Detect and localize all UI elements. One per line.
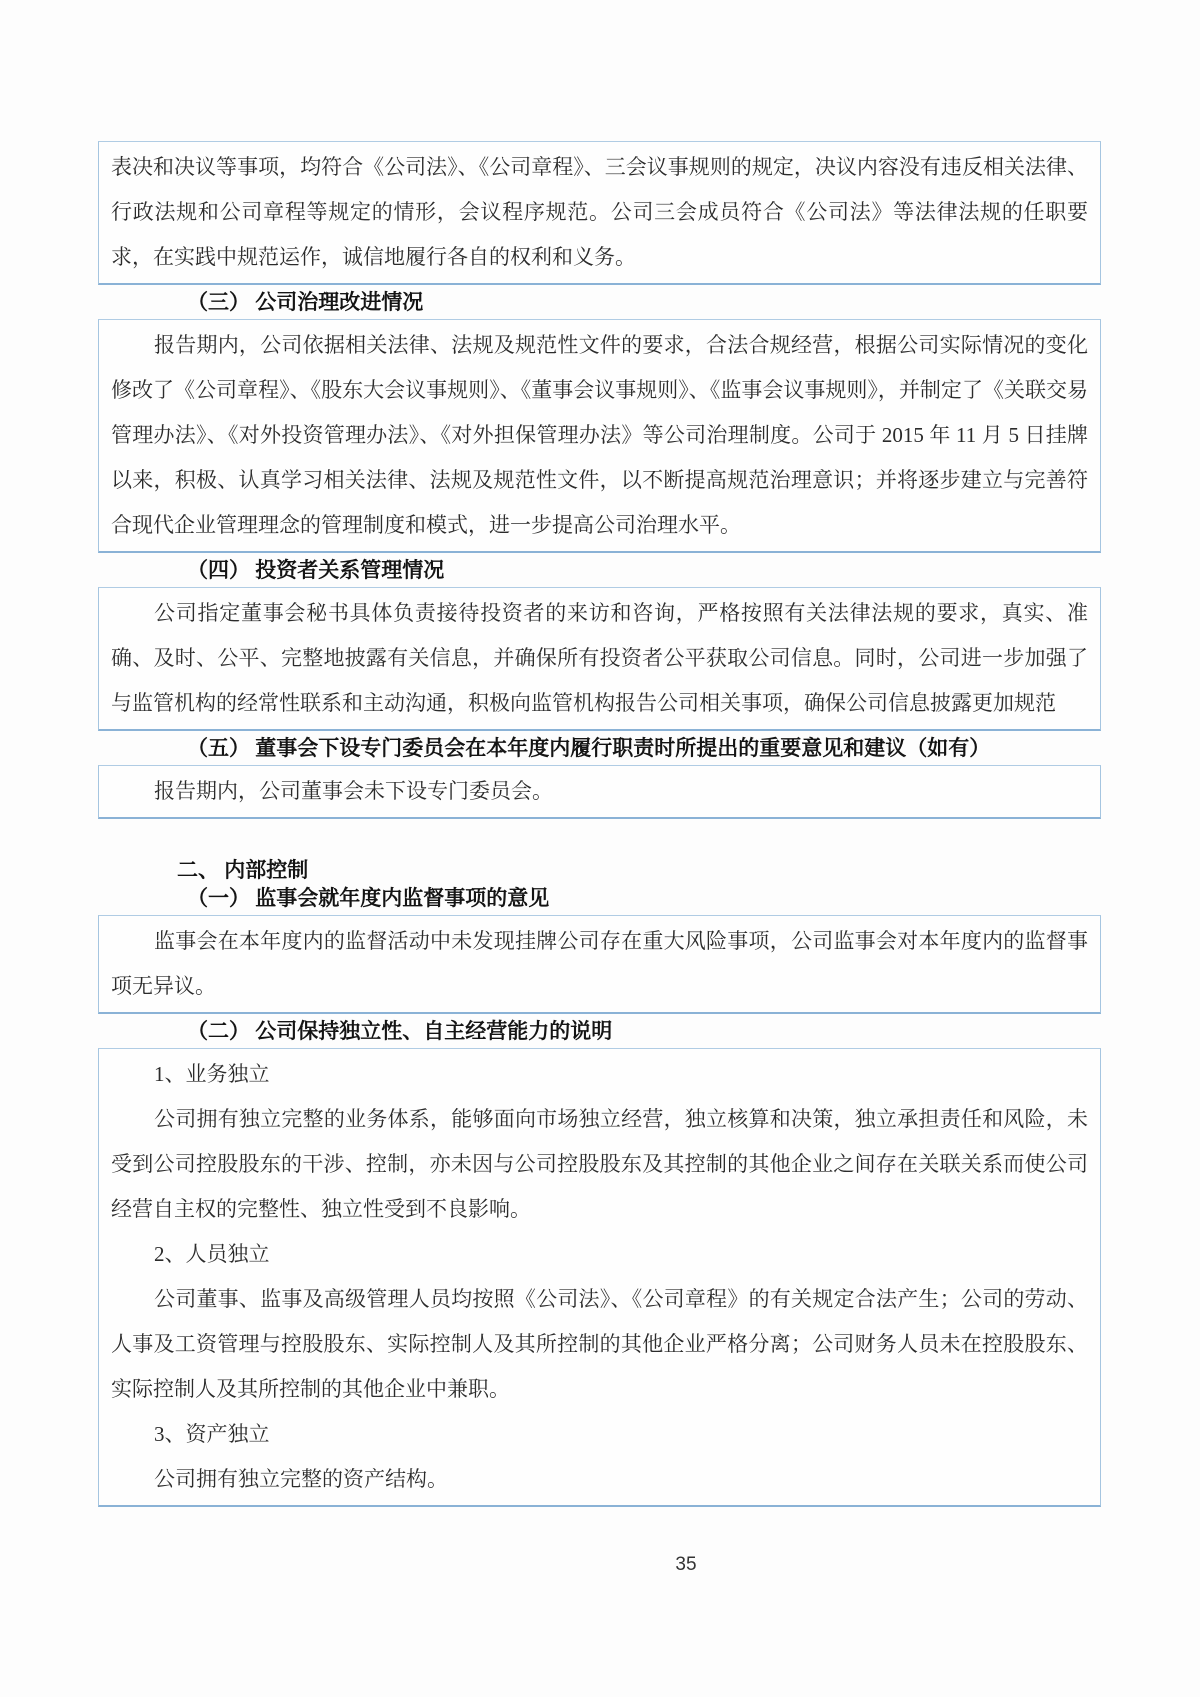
heading-board-committees: （五） 董事会下设专门委员会在本年度内履行职责时所提出的重要意见和建议（如有） bbox=[187, 737, 1101, 759]
heading-internal-control: 二、 内部控制 bbox=[177, 859, 1101, 881]
box-investor-relations: 公司指定董事会秘书具体负责接待投资者的来访和咨询，严格按照有关法律法规的要求，真… bbox=[98, 587, 1101, 731]
independence-item1-title: 1、业务独立 bbox=[111, 1052, 1088, 1097]
box-governance-improvement: 报告期内，公司依据相关法律、法规及规范性文件的要求，合法合规经营，根据公司实际情… bbox=[98, 319, 1101, 553]
box-governance-conclusion: 表决和决议等事项，均符合《公司法》、《公司章程》、三会议事规则的规定，决议内容没… bbox=[98, 141, 1101, 285]
paragraph-governance-improvement: 报告期内，公司依据相关法律、法规及规范性文件的要求，合法合规经营，根据公司实际情… bbox=[111, 323, 1088, 548]
paragraph-board-committees: 报告期内，公司董事会未下设专门委员会。 bbox=[111, 769, 1088, 814]
independence-item2-body: 公司董事、监事及高级管理人员均按照《公司法》、《公司章程》的有关规定合法产生；公… bbox=[111, 1277, 1088, 1412]
heading-independence: （二） 公司保持独立性、自主经营能力的说明 bbox=[187, 1020, 1101, 1042]
page-number: 35 bbox=[636, 1554, 736, 1576]
box-supervisory-opinion: 监事会在本年度内的监督活动中未发现挂牌公司存在重大风险事项，公司监事会对本年度内… bbox=[98, 915, 1101, 1014]
heading-supervisory-opinion: （一） 监事会就年度内监督事项的意见 bbox=[187, 887, 1101, 909]
box-board-committees: 报告期内，公司董事会未下设专门委员会。 bbox=[98, 765, 1101, 819]
independence-item2-title: 2、人员独立 bbox=[111, 1232, 1088, 1277]
heading-governance-improvement: （三） 公司治理改进情况 bbox=[187, 291, 1101, 313]
report-content: 表决和决议等事项，均符合《公司法》、《公司章程》、三会议事规则的规定，决议内容没… bbox=[98, 141, 1101, 1507]
independence-item3-title: 3、资产独立 bbox=[111, 1412, 1088, 1457]
paragraph-investor-relations: 公司指定董事会秘书具体负责接待投资者的来访和咨询，严格按照有关法律法规的要求，真… bbox=[111, 591, 1088, 726]
independence-item1-body: 公司拥有独立完整的业务体系，能够面向市场独立经营，独立核算和决策，独立承担责任和… bbox=[111, 1097, 1088, 1232]
document-page: 表决和决议等事项，均符合《公司法》、《公司章程》、三会议事规则的规定，决议内容没… bbox=[0, 0, 1200, 1697]
box-independence: 1、业务独立 公司拥有独立完整的业务体系，能够面向市场独立经营，独立核算和决策，… bbox=[98, 1048, 1101, 1507]
independence-item3-body: 公司拥有独立完整的资产结构。 bbox=[111, 1457, 1088, 1502]
heading-investor-relations: （四） 投资者关系管理情况 bbox=[187, 559, 1101, 581]
paragraph-supervisory-opinion: 监事会在本年度内的监督活动中未发现挂牌公司存在重大风险事项，公司监事会对本年度内… bbox=[111, 919, 1088, 1009]
paragraph-governance-conclusion: 表决和决议等事项，均符合《公司法》、《公司章程》、三会议事规则的规定，决议内容没… bbox=[111, 145, 1088, 280]
